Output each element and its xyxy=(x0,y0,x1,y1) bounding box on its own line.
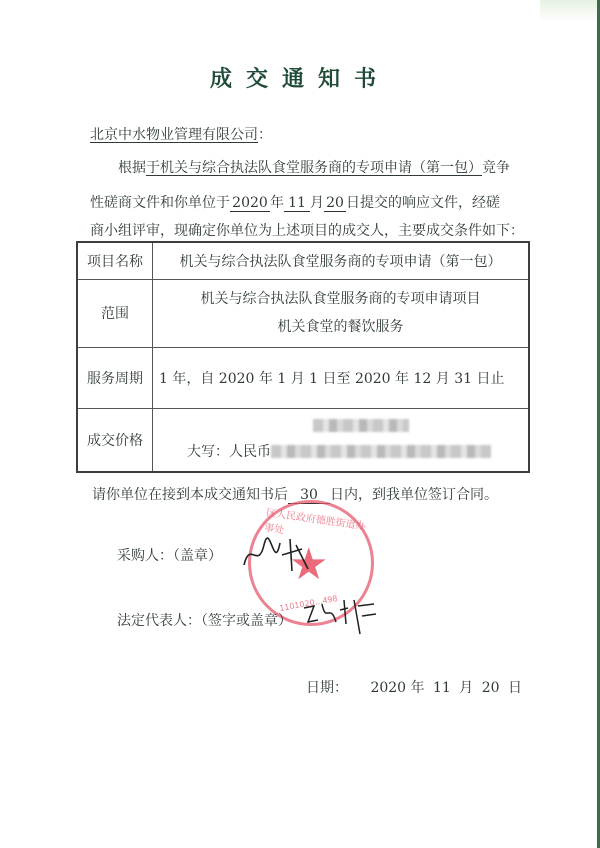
submit-day: 20 xyxy=(324,196,346,212)
table-row: 服务周期 1 年，自 2020 年 1 月 1 日至 2020 年 12 月 3… xyxy=(77,347,529,408)
sign-instruction-prefix: 请你单位在接到本成交通知书后 xyxy=(92,487,288,503)
intro-line2-a: 性磋商文件和你单位于 xyxy=(90,195,230,211)
intro-line2-b: 日提交的响应文件，经磋 xyxy=(346,195,500,211)
date-year-unit: 年 xyxy=(411,680,425,696)
addressee-line: 北京中水物业管理有限公司： xyxy=(90,124,272,144)
submit-month: 11 xyxy=(284,196,310,212)
terms-table: 项目名称 机关与综合执法队食堂服务商的专项申请（第一包） 范围 机关与综合执法队… xyxy=(76,241,530,473)
value-scope: 机关与综合执法队食堂服务商的专项申请项目 机关食堂的餐饮服务 xyxy=(153,279,530,347)
date-day-unit: 日 xyxy=(508,680,522,696)
table-row: 范围 机关与综合执法队食堂服务商的专项申请项目 机关食堂的餐饮服务 xyxy=(77,279,529,347)
table-row: 项目名称 机关与综合执法队食堂服务商的专项申请（第一包） xyxy=(77,242,529,279)
value-service-period: 1 年，自 2020 年 1 月 1 日至 2020 年 12 月 31 日止 xyxy=(153,347,530,408)
scope-line-1: 机关与综合执法队食堂服务商的专项申请项目 xyxy=(153,285,528,313)
label-scope: 范围 xyxy=(77,279,153,347)
intro-suffix: 竞争 xyxy=(482,160,510,176)
value-project-name: 机关与综合执法队食堂服务商的专项申请（第一包） xyxy=(153,242,530,279)
document-title: 成交通知书 xyxy=(0,62,600,93)
addressee: 北京中水物业管理有限公司 xyxy=(90,127,258,143)
redacted-price-words xyxy=(271,445,491,458)
date-line: 日期： 2020 年 11 月 20 日 xyxy=(306,677,522,697)
label-service-period: 服务周期 xyxy=(77,347,153,408)
sign-instruction-suffix: 日内，到我单位签订合同。 xyxy=(330,487,498,503)
intro-line-3: 商小组评审，现确定你单位为上述项目的成交人，主要成交条件如下： xyxy=(90,220,524,240)
date-month-unit: 月 xyxy=(459,680,473,696)
addressee-suffix: ： xyxy=(258,127,272,143)
intro-line-2: 性磋商文件和你单位于2020年11月20日提交的响应文件，经磋 xyxy=(90,192,500,212)
value-price: 大写：人民币 xyxy=(153,408,530,472)
month-unit: 月 xyxy=(310,195,324,211)
table-row: 成交价格 大写：人民币 xyxy=(77,408,529,472)
year-unit: 年 xyxy=(270,195,284,211)
purchaser-label: 采购人：（盖章） xyxy=(117,545,222,565)
date-label: 日期： xyxy=(306,680,348,696)
date-month: 11 xyxy=(433,680,451,696)
signature-scribble-icon xyxy=(300,594,380,638)
legal-rep-signature xyxy=(300,594,380,645)
purchaser-signature xyxy=(240,535,310,582)
intro-project: 于机关与综合执法队食堂服务商的专项申请（第一包） xyxy=(146,160,482,176)
legal-rep-label: 法定代表人：（签字或盖章） xyxy=(117,610,292,630)
scan-edge-top xyxy=(540,0,597,22)
date-day: 20 xyxy=(482,680,500,696)
price-in-words-label: 大写：人民币 xyxy=(187,444,271,460)
label-price: 成交价格 xyxy=(77,408,153,472)
submit-year: 2020 xyxy=(230,196,270,212)
signature-scribble-icon xyxy=(240,535,310,575)
redacted-price-amount xyxy=(313,419,409,432)
intro-line-1: 根据于机关与综合执法队食堂服务商的专项申请（第一包）竞争 xyxy=(118,157,510,177)
date-year: 2020 xyxy=(370,680,406,696)
scope-line-2: 机关食堂的餐饮服务 xyxy=(153,313,528,341)
intro-prefix: 根据 xyxy=(118,160,146,176)
label-project-name: 项目名称 xyxy=(77,242,153,279)
